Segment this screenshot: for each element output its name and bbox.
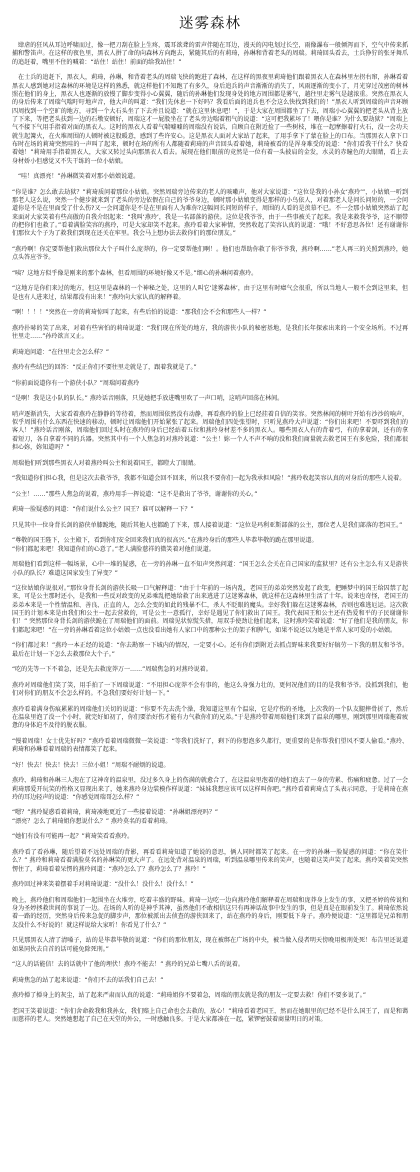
story-paragraph: 晚上，燕玲他们和周瑞他们一起围坐在火堆旁，吃着丰盛的野味。莉琦一边吃一边向燕玲他…	[12, 897, 408, 930]
story-paragraph: “这人的话能信！去的话就中了他的埋伏！燕玲不能去！” 燕玲的兄弟七嘴八舌的说着。	[12, 961, 408, 969]
document-page: 迷雾森林 肆虐的狂风从耳边呼啸而过，像一把刀刮在脸上生疼，震耳欲聋的雷声伴随在耳…	[0, 0, 420, 1024]
story-paragraph: 燕玲对周瑞他们笑了笑，用手拍了一下周瑞说道：“不用担心庞莽不会有事的，他这么身强…	[12, 682, 408, 699]
story-paragraph: 周瑞他们看到这样一幅场景，心中一堆的疑惑，在一旁的孙琳一直不知声突然问道：“国王…	[12, 561, 408, 578]
story-paragraph: 燕玲扑哧的笑了出来，对着有些害怕的莉琦说道：“我们现在所处的地方，我的游侠小队的…	[12, 325, 408, 342]
story-paragraph: “咦？这地方似乎像是刚来的那个森林，但看周围的环境好像又不是。”细心的孙琳问着燕…	[12, 270, 408, 278]
story-paragraph: “漂亮？怎么了莉琦姐你想说什么？” 燕玲莫名的看着莉琦。	[12, 818, 408, 826]
story-paragraph: 莉琦焦急的站了起来说道：“你们不去的话我们自己去！”	[12, 977, 408, 985]
story-paragraph: “你是谁？怎么敢去劫狱？”莉琦质问着那位小姑娘。突然周瑞旁边传来的老人的咳嗽声，…	[12, 189, 408, 239]
story-paragraph: 莉琦一脸疑惑的问道：“你们说什么公主？国王？谁可以解释一下？”	[12, 506, 408, 514]
story-paragraph: “哇！真漂亮！”孙琳微笑着对那小姑娘说道。	[12, 173, 408, 181]
story-paragraph: 哨声逐渐消失，大家看着燕玲在静静的等待着，然而周围依然没有动静，再看燕玲的脸上已…	[12, 411, 408, 453]
story-paragraph: “你前面说道你有一个游侠小队？”周瑞问着燕玲	[12, 380, 408, 388]
story-paragraph: “这位姑娘你说很对。”那位身背长剑的游侠长吸一口气解释道：“由于十年前的一场内乱…	[12, 585, 408, 635]
story-paragraph: “嗯？”燕玲疑惑看着莉琦，莉琦凑地更近了一些接着说道：“孙琳姐漂亮吗？”	[12, 809, 408, 817]
story-paragraph: 在士兵的追赶下，黑衣人，莉琦，孙琳，和背着老头的周瑞飞快的跑进了森林，在这样的黑…	[12, 74, 408, 166]
story-paragraph: “燕玲啊！你定要帮他们救出那位大个子叫什么庞莽的，你一定要帮他们啊！。他们也帮助…	[12, 246, 408, 263]
story-paragraph: “我知道你们担心我，但是这次去救爷爷，我都不知道会回不回来，所以我不要你们一起为…	[12, 475, 408, 483]
story-paragraph: 肆虐的狂风从耳边呼啸而过，像一把刀刮在脸上生疼，震耳欲聋的雷声伴随在耳边，漫天的…	[12, 42, 408, 67]
story-paragraph: 只见那黑衣人清了清嗓子，站的是毕恭毕敬的说道：“你们的那位朋友，现在被绑在广场的…	[12, 937, 408, 954]
story-paragraph: “吃的先等一下不着急，还是先去救庞莽万一……”周瑞焦急的对燕玲说着。	[12, 666, 408, 674]
document-body: 肆虐的狂风从耳边呼啸而过，像一把刀刮在脸上生疼，震耳欲聋的雷声伴随在耳边，漫天的…	[12, 42, 408, 1024]
story-paragraph: 周瑞他们听到那些黑衣人对着燕玲叫公主和说着国王，都瞪大了眼睛。	[12, 460, 408, 468]
story-paragraph: 燕玲看了看孙琳，随后望着不远处周瑞的背影，再看看莉琦知道了她说的意思，俩人同时都…	[12, 849, 408, 874]
story-paragraph: “慢着周瑞！女士优先好吗？”燕玲看着周瑞微微一笑说道：“等我们洗好了，剩下的你想…	[12, 738, 408, 755]
story-paragraph: 只见其中一位身背长剑的游侠单膝跪地，随后其他人也都跪了下来，那人接着说道：“这位…	[12, 522, 408, 530]
story-paragraph: “你们都起来吧！我知道你们的心意了。”老人满脸慈祥的微笑着对他们说道。	[12, 546, 408, 554]
story-paragraph: 燕玲看着满身伤痕累累的周瑞他们关切的说道：“你要不先去洗个澡，我知道这里有个温泉…	[12, 706, 408, 731]
story-paragraph: “她们有没有可能再一起？”莉琦笑看看燕玲。	[12, 833, 408, 841]
story-paragraph: “公主！……”那些人焦急的说着，燕玲用手一挥说道：“这不是救出了爷爷，谢谢你的关…	[12, 491, 408, 499]
document-title: 迷雾森林	[12, 12, 408, 33]
story-paragraph: 燕玲、莉琦和孙琳三人泡在了这神奇的温泉里，没过多久身上的伤满的就愈合了，在这温泉…	[12, 777, 408, 802]
story-paragraph: 燕玲有些结巴的回答：“反正你们不要往里走就是了，跟着我就是了。”	[12, 364, 408, 372]
story-paragraph: 莉琦追问道：“在往里走会怎么样？”	[12, 349, 408, 357]
story-paragraph: 燕玲回过神来笑着摆着手对莉琦说道：“没什么！没什么！没什么！”	[12, 881, 408, 889]
story-paragraph: “啊！！！！”突然在一旁的莉琦惊叫了起来，有些后怕的说道：“那我们会不会和那些人…	[12, 309, 408, 317]
story-paragraph: 老国王笑着说道：“你们舍命救我和我孙女，我们赔上自己命也会去救的，放心！”莉琦看…	[12, 1008, 408, 1025]
story-paragraph: “这地方是你们来过的地方，但这里是森林的一个神秘之处，这里的人叫它‘迷雾森林’，…	[12, 285, 408, 302]
story-paragraph: “尊敬的国王陛下，公主殿下，看到你们安全回来我们真的很高兴。”在燕玲身后的那些人…	[12, 537, 408, 545]
story-paragraph: “你们都过来！”燕玲一本正经的说道：“你去勘察一下城内的情况，一定要小心。还有你…	[12, 642, 408, 659]
story-paragraph: 燕玲掸了掸身上的灰尘，站了起来严肃而认真的说道：“莉琦姐你不要着急，周瑞的朋友就…	[12, 992, 408, 1000]
story-paragraph: “好！快去！快去！快去！三位小姐！”周瑞不耐烦的说道。	[12, 762, 408, 770]
story-paragraph: “是啊！我是这小队的队长。” 燕玲话音刚落，只见她把手放进嘴里吹了一声口哨，这哨…	[12, 395, 408, 403]
